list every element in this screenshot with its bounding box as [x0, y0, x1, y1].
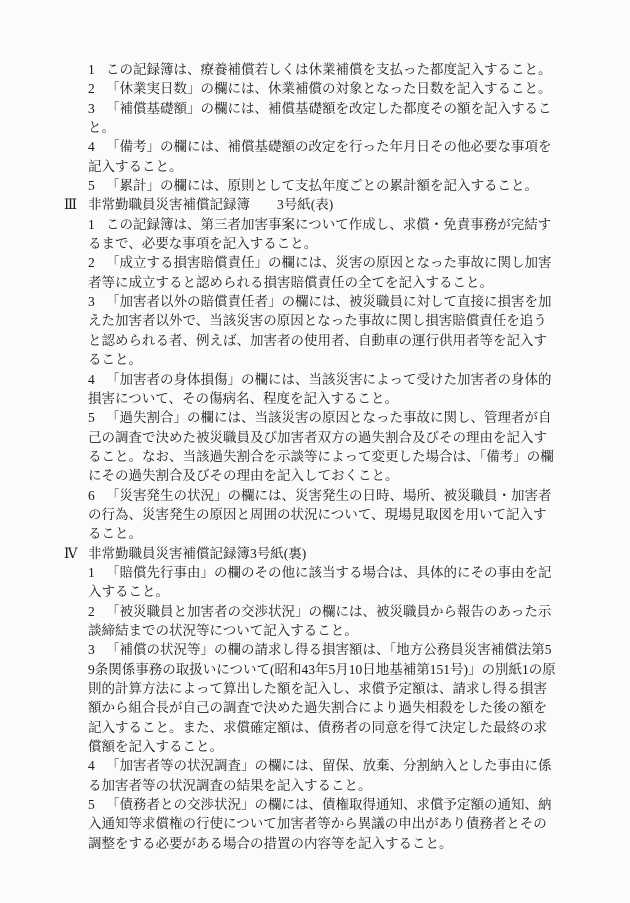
item-text: この記録簿は、第三者加害事案について作成し、求償・免責事務が完結するまで、必要な… [88, 217, 551, 251]
item-text: 「債務者との交渉状況」の欄には、債権取得通知、求償予定額の通知、納入通知等求償権… [88, 797, 552, 851]
section-2-notes: 1この記録簿は、療養補償若しくは休業補償を支払った都度記入すること。 2「休業実… [64, 60, 610, 195]
section-title: 非常勤職員災害補償記録簿3号紙(裏) [88, 546, 306, 561]
list-item: 1この記録簿は、第三者加害事案について作成し、求償・免責事務が完結するまで、必要… [88, 215, 558, 254]
item-number: 6 [88, 486, 106, 505]
section-4-back-sheet: Ⅳ非常勤職員災害補償記録簿3号紙(裏) 1「賠償先行事由」の欄のその他に該当する… [64, 544, 610, 854]
item-number: 3 [88, 99, 106, 118]
item-text: 「補償基礎額」の欄には、補償基礎額を改定した都度その額を記入すること。 [88, 101, 552, 135]
list-item: 5「債務者との交渉状況」の欄には、債権取得通知、求償予定額の通知、納入通知等求償… [88, 795, 558, 853]
list-item: 4「備考」の欄には、補償基礎額の改定を行った年月日その他必要な事項を記入すること… [88, 137, 558, 176]
item-number: 2 [88, 253, 106, 272]
item-text: 「被災職員と加害者の交渉状況」の欄には、被災職員から報告のあった示談締結までの状… [88, 604, 551, 638]
item-number: 2 [88, 602, 106, 621]
item-text: 「災害発生の状況」の欄には、災害発生の日時、場所、被災職員・加害者の行為、災害発… [88, 488, 552, 542]
item-text: 「備考」の欄には、補償基礎額の改定を行った年月日その他必要な事項を記入すること。 [88, 139, 552, 173]
list-item: 4「加害者の身体損傷」の欄には、当該災害によって受けた加害者の身体的損害について… [88, 370, 558, 409]
list-item: 2「被災職員と加害者の交渉状況」の欄には、被災職員から報告のあった示談締結までの… [88, 602, 558, 641]
item-number: 3 [88, 292, 106, 311]
list-item: 1「賠償先行事由」の欄のその他に該当する場合は、具体的にその事由を記入すること。 [88, 563, 558, 602]
item-number: 1 [88, 563, 106, 582]
item-number: 3 [88, 640, 106, 659]
section-numeral: Ⅲ [64, 195, 88, 214]
list-item: 6「災害発生の状況」の欄には、災害発生の日時、場所、被災職員・加害者の行為、災害… [88, 486, 558, 544]
item-text: 「加害者以外の賠償責任者」の欄には、被災職員に対して直接に損害を加えた加害者以外… [88, 294, 552, 367]
list-item: 5「過失割合」の欄には、当該災害の原因となった事故に関し、管理者が自己の調査で決… [88, 408, 558, 485]
document-page: 1この記録簿は、療養補償若しくは休業補償を支払った都度記入すること。 2「休業実… [0, 0, 630, 903]
list-item: 2「成立する損害賠償責任」の欄には、災害の原因となった事故に関し加害者等に成立す… [88, 253, 558, 292]
section-heading: Ⅲ非常勤職員災害補償記録簿 3号紙(表) [64, 195, 610, 214]
item-text: 「成立する損害賠償責任」の欄には、災害の原因となった事故に関し加害者等に成立する… [88, 255, 552, 289]
item-number: 5 [88, 408, 106, 427]
section-3-front-sheet: Ⅲ非常勤職員災害補償記録簿 3号紙(表) 1この記録簿は、第三者加害事案について… [64, 195, 610, 543]
list-item: 5「累計」の欄には、原則として支払年度ごとの累計額を記入すること。 [88, 176, 558, 195]
list-item: 1この記録簿は、療養補償若しくは休業補償を支払った都度記入すること。 [88, 60, 558, 79]
section-heading: Ⅳ非常勤職員災害補償記録簿3号紙(裏) [64, 544, 610, 563]
list-item: 3「補償基礎額」の欄には、補償基礎額を改定した都度その額を記入すること。 [88, 99, 558, 138]
item-text: 「賠償先行事由」の欄のその他に該当する場合は、具体的にその事由を記入すること。 [88, 565, 552, 599]
item-text: 「加害者の身体損傷」の欄には、当該災害によって受けた加害者の身体的損害について、… [88, 372, 552, 406]
item-text: 「補償の状況等」の欄の請求し得る損害額は、「地方公務員災害補償法第59条関係事務… [88, 642, 556, 754]
item-text: 「累計」の欄には、原則として支払年度ごとの累計額を記入すること。 [106, 178, 538, 193]
item-number: 1 [88, 60, 106, 79]
item-number: 4 [88, 756, 106, 775]
list-item: 2「休業実日数」の欄には、休業補償の対象となった日数を記入すること。 [88, 79, 558, 98]
item-number: 1 [88, 215, 106, 234]
section-title: 非常勤職員災害補償記録簿 3号紙(表) [88, 197, 333, 212]
item-number: 4 [88, 370, 106, 389]
section-numeral: Ⅳ [64, 544, 88, 563]
list-item: 3「補償の状況等」の欄の請求し得る損害額は、「地方公務員災害補償法第59条関係事… [88, 640, 558, 756]
list-item: 3「加害者以外の賠償責任者」の欄には、被災職員に対して直接に損害を加えた加害者以… [88, 292, 558, 369]
item-text: 「休業実日数」の欄には、休業補償の対象となった日数を記入すること。 [106, 81, 552, 96]
item-number: 4 [88, 137, 106, 156]
item-text: 「加害者等の状況調査」の欄には、留保、放棄、分割納入とした事由に係る加害者等の状… [88, 758, 552, 792]
list-item: 4「加害者等の状況調査」の欄には、留保、放棄、分割納入とした事由に係る加害者等の… [88, 756, 558, 795]
item-text: この記録簿は、療養補償若しくは休業補償を支払った都度記入すること。 [106, 62, 552, 77]
item-text: 「過失割合」の欄には、当該災害の原因となった事故に関し、管理者が自己の調査で決め… [88, 410, 554, 483]
item-number: 2 [88, 79, 106, 98]
item-number: 5 [88, 176, 106, 195]
item-number: 5 [88, 795, 106, 814]
